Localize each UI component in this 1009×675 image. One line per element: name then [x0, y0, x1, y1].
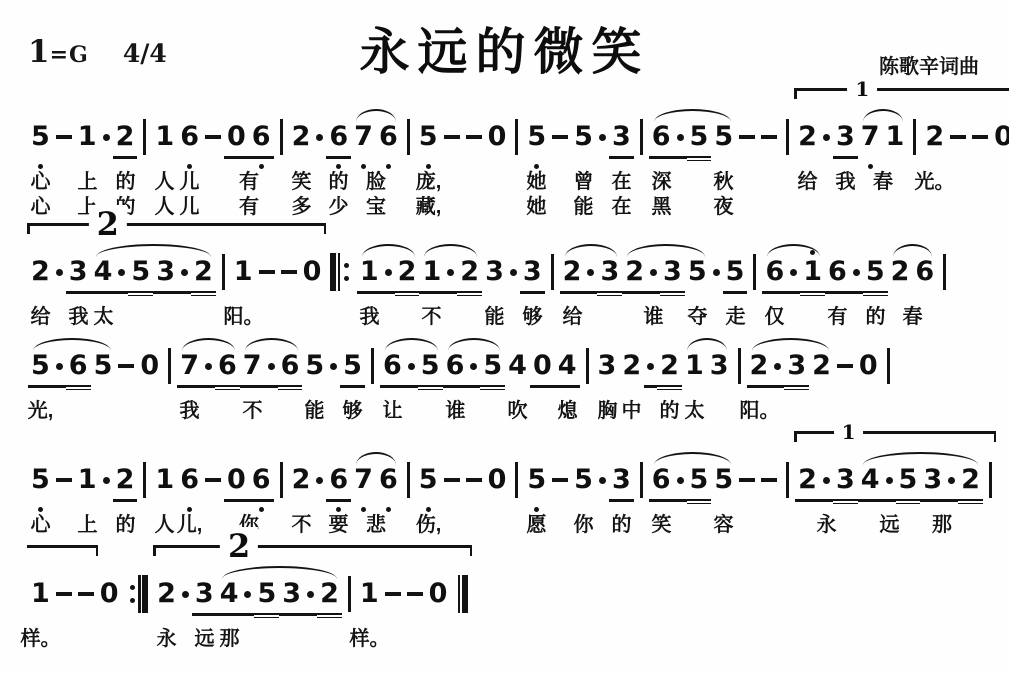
- duration-dash: [972, 114, 988, 169]
- augmentation-dot: [774, 343, 781, 398]
- barline: [551, 249, 554, 304]
- lyric-syllable: 的: [116, 513, 136, 537]
- lyric-syllable: 能: [485, 305, 505, 329]
- barline: [348, 571, 351, 626]
- note-token: 6: [765, 249, 784, 304]
- lyric-syllable: 笑: [652, 513, 672, 537]
- barline: [753, 249, 756, 304]
- lyric-syllable: 让: [383, 399, 403, 423]
- note-token: 4: [558, 343, 577, 398]
- note-token: 2: [622, 343, 641, 398]
- slur-arc: [385, 338, 438, 351]
- lyric-syllable: 给: [31, 305, 51, 329]
- lyric-syllable: 春: [873, 170, 893, 194]
- lyric-syllable: 儿: [180, 170, 200, 194]
- octave-dot-below: [426, 507, 431, 512]
- lyric-syllable: 谁: [446, 399, 466, 423]
- note-token: 0: [303, 249, 322, 304]
- note-token: 2: [925, 114, 944, 169]
- note-token: 0: [533, 343, 552, 398]
- lyric-syllable: 我: [180, 399, 200, 423]
- lyric-syllable: 伤,: [416, 513, 442, 537]
- volta-number: 1: [847, 77, 877, 101]
- duration-dash: [205, 114, 221, 169]
- lyric-syllable: 有: [828, 305, 848, 329]
- barline: [887, 343, 890, 398]
- volta-bracket-2: 2: [153, 545, 472, 556]
- lyric-syllable: 阳。: [224, 305, 264, 329]
- lyric-syllable: 能: [574, 195, 594, 219]
- augmentation-dot: [470, 343, 477, 398]
- note-token: 2: [961, 457, 980, 512]
- octave-dot-below: [426, 164, 431, 169]
- score-system: 23453210121233232355616526给我太阳。我不能够给谁夺走仅…: [28, 219, 1007, 329]
- duration-dash: [385, 571, 401, 626]
- lyric-syllable: 儿: [180, 195, 200, 219]
- augmentation-dot: [650, 249, 657, 304]
- note-token: 7: [354, 114, 373, 169]
- lyric-syllable: 永: [817, 513, 837, 537]
- duration-dash: [761, 457, 777, 512]
- note-token: 5: [421, 343, 440, 398]
- note-token: 5: [714, 457, 733, 512]
- note-token: 6: [652, 457, 671, 512]
- note-token: 2: [116, 457, 135, 512]
- augmentation-dot: [268, 343, 275, 398]
- barline: [786, 114, 789, 169]
- note-token: 2: [563, 249, 582, 304]
- volta-number: 2: [220, 527, 258, 565]
- lyric-syllable: 那: [932, 513, 952, 537]
- note-token: 3: [787, 343, 806, 398]
- volta-number: 1: [834, 420, 864, 444]
- lyric-syllable: 我: [836, 170, 856, 194]
- lyrics-row: 样。永远那样。: [28, 627, 1007, 651]
- octave-dot-below: [259, 507, 264, 512]
- note-token: 1: [155, 114, 174, 169]
- duration-dash: [78, 571, 94, 626]
- lyric-syllable: 太: [685, 399, 705, 423]
- note-token: 5: [690, 114, 709, 169]
- barline: [143, 457, 146, 512]
- lyric-syllable: 有: [239, 170, 259, 194]
- note-token: 1: [685, 343, 704, 398]
- lyric-syllable: 走: [726, 305, 746, 329]
- final-barline: [456, 571, 468, 626]
- note-token: 6: [828, 249, 847, 304]
- note-token: 0: [227, 114, 246, 169]
- lyric-syllable: 秋: [714, 170, 734, 194]
- lyric-syllable: 的: [866, 305, 886, 329]
- note-token: 3: [282, 571, 301, 626]
- repeat-start-barline: [330, 249, 351, 304]
- duration-dash: [739, 457, 755, 512]
- lyric-syllable: 远: [195, 627, 215, 651]
- note-token: 2: [798, 114, 817, 169]
- barline: [943, 249, 946, 304]
- octave-dot-below: [187, 164, 192, 169]
- augmentation-dot: [103, 457, 110, 512]
- lyric-syllable: 笑: [292, 170, 312, 194]
- barline: [586, 343, 589, 398]
- lyric-syllable: 夺: [688, 305, 708, 329]
- note-token: 1: [155, 457, 174, 512]
- note-token: 7: [243, 343, 262, 398]
- augmentation-dot: [103, 114, 110, 169]
- note-token: 2: [31, 249, 50, 304]
- note-token: 7: [354, 457, 373, 512]
- note-token: 1: [886, 114, 905, 169]
- augmentation-dot: [677, 457, 684, 512]
- note-token: 5: [866, 249, 885, 304]
- note-token: 5: [726, 249, 745, 304]
- lyric-syllable: 多: [292, 195, 312, 219]
- slur-arc: [182, 338, 235, 351]
- lyric-syllable: 胸: [598, 399, 618, 423]
- score-system: 5121606267650553655237120心上的人儿有笑的脸庞,她曾在深…: [28, 90, 1007, 219]
- note-token: 2: [194, 249, 213, 304]
- lyric-syllable: 脸: [366, 170, 386, 194]
- slur-arc: [863, 452, 978, 465]
- note-token: 3: [836, 114, 855, 169]
- note-token: 0: [429, 571, 448, 626]
- slur-arc: [96, 244, 211, 257]
- note-token: 6: [915, 249, 934, 304]
- note-token: 1: [360, 571, 379, 626]
- note-token: 7: [861, 114, 880, 169]
- lyric-syllable: 庞,: [416, 170, 442, 194]
- note-token: 3: [195, 571, 214, 626]
- score-system: 1023453210样。永远那样。2: [28, 537, 1007, 651]
- augmentation-dot: [886, 457, 893, 512]
- note-token: 2: [660, 343, 679, 398]
- duration-dash: [407, 571, 423, 626]
- lyric-syllable: 远: [880, 513, 900, 537]
- duration-dash: [259, 249, 275, 304]
- note-token: 1: [422, 249, 441, 304]
- note-token: 3: [523, 249, 542, 304]
- augmentation-dot: [408, 343, 415, 398]
- volta-bracket-1: 1: [794, 431, 996, 442]
- note-token: 0: [488, 114, 507, 169]
- note-token: 5: [31, 343, 50, 398]
- lyric-syllable: 样。: [350, 627, 390, 651]
- duration-dash: [444, 114, 460, 169]
- note-token: 2: [750, 343, 769, 398]
- note-token: 1: [78, 457, 97, 512]
- notes-row: 5121606267650553655237120: [28, 114, 1007, 169]
- repeat-end-barline: [128, 571, 149, 626]
- note-token: 6: [69, 343, 88, 398]
- lyric-syllable: 上: [78, 170, 98, 194]
- augmentation-dot: [118, 249, 125, 304]
- note-token: 5: [527, 457, 546, 512]
- note-token: 6: [180, 114, 199, 169]
- augmentation-dot: [447, 249, 454, 304]
- note-token: 1: [234, 249, 253, 304]
- lyric-syllable: 仅: [765, 305, 785, 329]
- note-token: 6: [383, 343, 402, 398]
- note-token: 5: [688, 249, 707, 304]
- note-token: 4: [508, 343, 527, 398]
- note-token: 2: [157, 571, 176, 626]
- slur-arc: [863, 109, 903, 122]
- slur-arc: [356, 109, 396, 122]
- note-token: 6: [218, 343, 237, 398]
- lyric-syllable: 上: [78, 513, 98, 537]
- augmentation-dot: [599, 114, 606, 169]
- augmentation-dot: [948, 457, 955, 512]
- lyric-syllable: 的: [660, 399, 680, 423]
- note-token: 1: [803, 249, 822, 304]
- lyric-syllable: 人: [155, 513, 175, 537]
- slur-arc: [687, 338, 727, 351]
- duration-dash: [56, 114, 72, 169]
- sheet-music-page: { "header": { "key": "1=G", "key_note": …: [0, 0, 1009, 675]
- note-token: 0: [140, 343, 159, 398]
- note-token: 5: [574, 114, 593, 169]
- duration-dash: [761, 114, 777, 169]
- lyric-syllable: 太: [94, 305, 114, 329]
- augmentation-dot: [713, 249, 720, 304]
- note-token: 6: [281, 343, 300, 398]
- augmentation-dot: [677, 114, 684, 169]
- note-token: 5: [574, 457, 593, 512]
- lyric-syllable: 中: [622, 399, 642, 423]
- lyric-syllable: 要: [329, 513, 349, 537]
- barline: [143, 114, 146, 169]
- lyric-syllable: 阳。: [740, 399, 780, 423]
- barline: [989, 457, 992, 512]
- lyric-syllable: 愿: [527, 513, 547, 537]
- note-token: 6: [446, 343, 465, 398]
- barline: [168, 343, 171, 398]
- augmentation-dot: [587, 249, 594, 304]
- duration-dash: [466, 457, 482, 512]
- augmentation-dot: [56, 343, 63, 398]
- octave-dot-below: [336, 164, 341, 169]
- lyric-syllable: 的: [612, 513, 632, 537]
- lyric-syllable: 人: [155, 195, 175, 219]
- lyric-syllable: 心: [31, 170, 51, 194]
- song-title: 永远的微笑: [0, 12, 1009, 84]
- octave-dot-below: [534, 164, 539, 169]
- note-token: 5: [305, 343, 324, 398]
- lyric-syllable: 心: [31, 513, 51, 537]
- note-token: 5: [690, 457, 709, 512]
- lyric-syllable: 给: [563, 305, 583, 329]
- note-token: 3: [923, 457, 942, 512]
- slur-arc: [245, 338, 298, 351]
- augmentation-dot: [599, 457, 606, 512]
- lyric-syllable: 我: [69, 305, 89, 329]
- lyric-syllable: 深: [652, 170, 672, 194]
- augmentation-dot: [316, 114, 323, 169]
- augmentation-dot: [330, 343, 337, 398]
- note-token: 2: [798, 457, 817, 512]
- augmentation-dot: [205, 343, 212, 398]
- note-token: 0: [859, 343, 878, 398]
- duration-dash: [552, 114, 568, 169]
- duration-dash: [56, 457, 72, 512]
- lyric-syllable: 夜: [714, 195, 734, 219]
- note-token: 6: [379, 114, 398, 169]
- barline: [515, 457, 518, 512]
- note-token: 2: [812, 343, 831, 398]
- note-token: 2: [320, 571, 339, 626]
- note-token: 6: [252, 114, 271, 169]
- barline: [222, 249, 225, 304]
- note-token: 1: [78, 114, 97, 169]
- barline: [280, 457, 283, 512]
- slur-arc: [33, 338, 111, 351]
- slur-arc: [222, 566, 337, 579]
- barline: [640, 114, 643, 169]
- lyric-syllable: 谁: [644, 305, 664, 329]
- note-token: 5: [483, 343, 502, 398]
- barline: [913, 114, 916, 169]
- duration-dash: [56, 571, 72, 626]
- note-token: 5: [257, 571, 276, 626]
- augmentation-dot: [823, 457, 830, 512]
- lyric-syllable: 永: [157, 627, 177, 651]
- lyric-syllable: 不: [292, 513, 312, 537]
- note-token: 5: [419, 457, 438, 512]
- slur-arc: [654, 109, 731, 122]
- octave-dot-below: [868, 164, 873, 169]
- score-system: 56507676556565404322132320光,我不能够让谁吹熄胸中的太…: [28, 329, 1007, 423]
- slur-arc: [424, 244, 477, 257]
- barline: [280, 114, 283, 169]
- augmentation-dot: [244, 571, 251, 626]
- note-token: 5: [419, 114, 438, 169]
- volta-bracket-2: 2: [27, 223, 326, 234]
- note-token: 2: [292, 114, 311, 169]
- note-token: 7: [180, 343, 199, 398]
- notes-row: 5121606267650553655234532: [28, 457, 1007, 512]
- lyric-syllable: 藏,: [416, 195, 442, 219]
- notes-row: 56507676556565404322132320: [28, 343, 1007, 398]
- duration-dash: [739, 114, 755, 169]
- lyric-syllable: 不: [422, 305, 442, 329]
- octave-dot-below: [386, 164, 391, 169]
- lyric-syllable: 有: [239, 195, 259, 219]
- duration-dash: [950, 114, 966, 169]
- note-token: 3: [836, 457, 855, 512]
- note-token: 0: [227, 457, 246, 512]
- octave-dot-below: [187, 507, 192, 512]
- octave-dot-below: [336, 507, 341, 512]
- augmentation-dot: [316, 457, 323, 512]
- note-token: 3: [485, 249, 504, 304]
- note-token: 6: [180, 457, 199, 512]
- duration-dash: [281, 249, 297, 304]
- duration-dash: [837, 343, 853, 398]
- volta-number: 2: [89, 205, 127, 243]
- note-token: 4: [220, 571, 239, 626]
- augmentation-dot: [56, 249, 63, 304]
- augmentation-dot: [510, 249, 517, 304]
- note-token: 2: [398, 249, 417, 304]
- note-token: 2: [891, 249, 910, 304]
- augmentation-dot: [823, 114, 830, 169]
- lyric-syllable: 的: [329, 170, 349, 194]
- note-token: 1: [31, 571, 50, 626]
- lyric-syllable: 你: [574, 513, 594, 537]
- note-token: 5: [899, 457, 918, 512]
- lyric-syllable: 吹: [508, 399, 528, 423]
- lyric-syllable: 熄: [558, 399, 578, 423]
- note-token: 3: [69, 249, 88, 304]
- slur-arc: [356, 452, 396, 465]
- note-token: 3: [612, 114, 631, 169]
- slur-arc: [448, 338, 500, 351]
- note-token: 4: [94, 249, 113, 304]
- note-token: 3: [710, 343, 729, 398]
- lyric-syllable: 光,: [28, 399, 54, 423]
- lyric-syllable: 样。: [21, 627, 61, 651]
- note-token: 0: [100, 571, 119, 626]
- duration-dash: [118, 343, 134, 398]
- note-token: 2: [116, 114, 135, 169]
- octave-dot-below: [534, 507, 539, 512]
- lyric-syllable: 春: [903, 305, 923, 329]
- note-token: 3: [156, 249, 175, 304]
- note-token: 3: [600, 249, 619, 304]
- lyric-syllable: 人: [155, 170, 175, 194]
- note-token: 2: [460, 249, 479, 304]
- slur-arc: [752, 338, 829, 351]
- note-token: 6: [379, 457, 398, 512]
- note-token: 5: [714, 114, 733, 169]
- lyrics-row: 心上的人儿有笑的脸庞,她曾在深秋给我春光。: [28, 170, 1007, 194]
- lyric-syllable: 的: [116, 170, 136, 194]
- note-token: 3: [663, 249, 682, 304]
- lyric-syllable: 能: [305, 399, 325, 423]
- note-token: 5: [343, 343, 362, 398]
- octave-dot-below: [361, 164, 366, 169]
- notes-row: 1023453210: [28, 571, 1007, 626]
- note-token: 3: [612, 457, 631, 512]
- lyrics-row: 给我太阳。我不能够给谁夺走仅有的春: [28, 305, 1007, 329]
- lyric-syllable: 在: [612, 195, 632, 219]
- note-token: 5: [31, 114, 50, 169]
- augmentation-dot: [790, 249, 797, 304]
- slur-arc: [627, 244, 705, 257]
- slur-arc: [362, 244, 415, 257]
- note-token: 6: [329, 457, 348, 512]
- note-token: 5: [527, 114, 546, 169]
- barline: [738, 343, 741, 398]
- note-token: 5: [94, 343, 113, 398]
- lyrics-row: 心上的人儿有多少宝藏,她能在黑夜: [28, 195, 1007, 219]
- volta-bracket: [27, 545, 98, 556]
- barline: [640, 457, 643, 512]
- duration-dash: [466, 114, 482, 169]
- lyric-syllable: 光。: [915, 170, 955, 194]
- lyric-syllable: 少: [329, 195, 349, 219]
- lyric-syllable: 曾: [574, 170, 594, 194]
- octave-dot-below: [259, 164, 264, 169]
- duration-dash: [552, 457, 568, 512]
- note-token: 6: [252, 457, 271, 512]
- lyric-syllable: 那: [220, 627, 240, 651]
- slur-arc: [654, 452, 731, 465]
- volta-bracket-1: 1: [794, 88, 1009, 99]
- augmentation-dot: [853, 249, 860, 304]
- barline: [407, 114, 410, 169]
- octave-dot-below: [361, 507, 366, 512]
